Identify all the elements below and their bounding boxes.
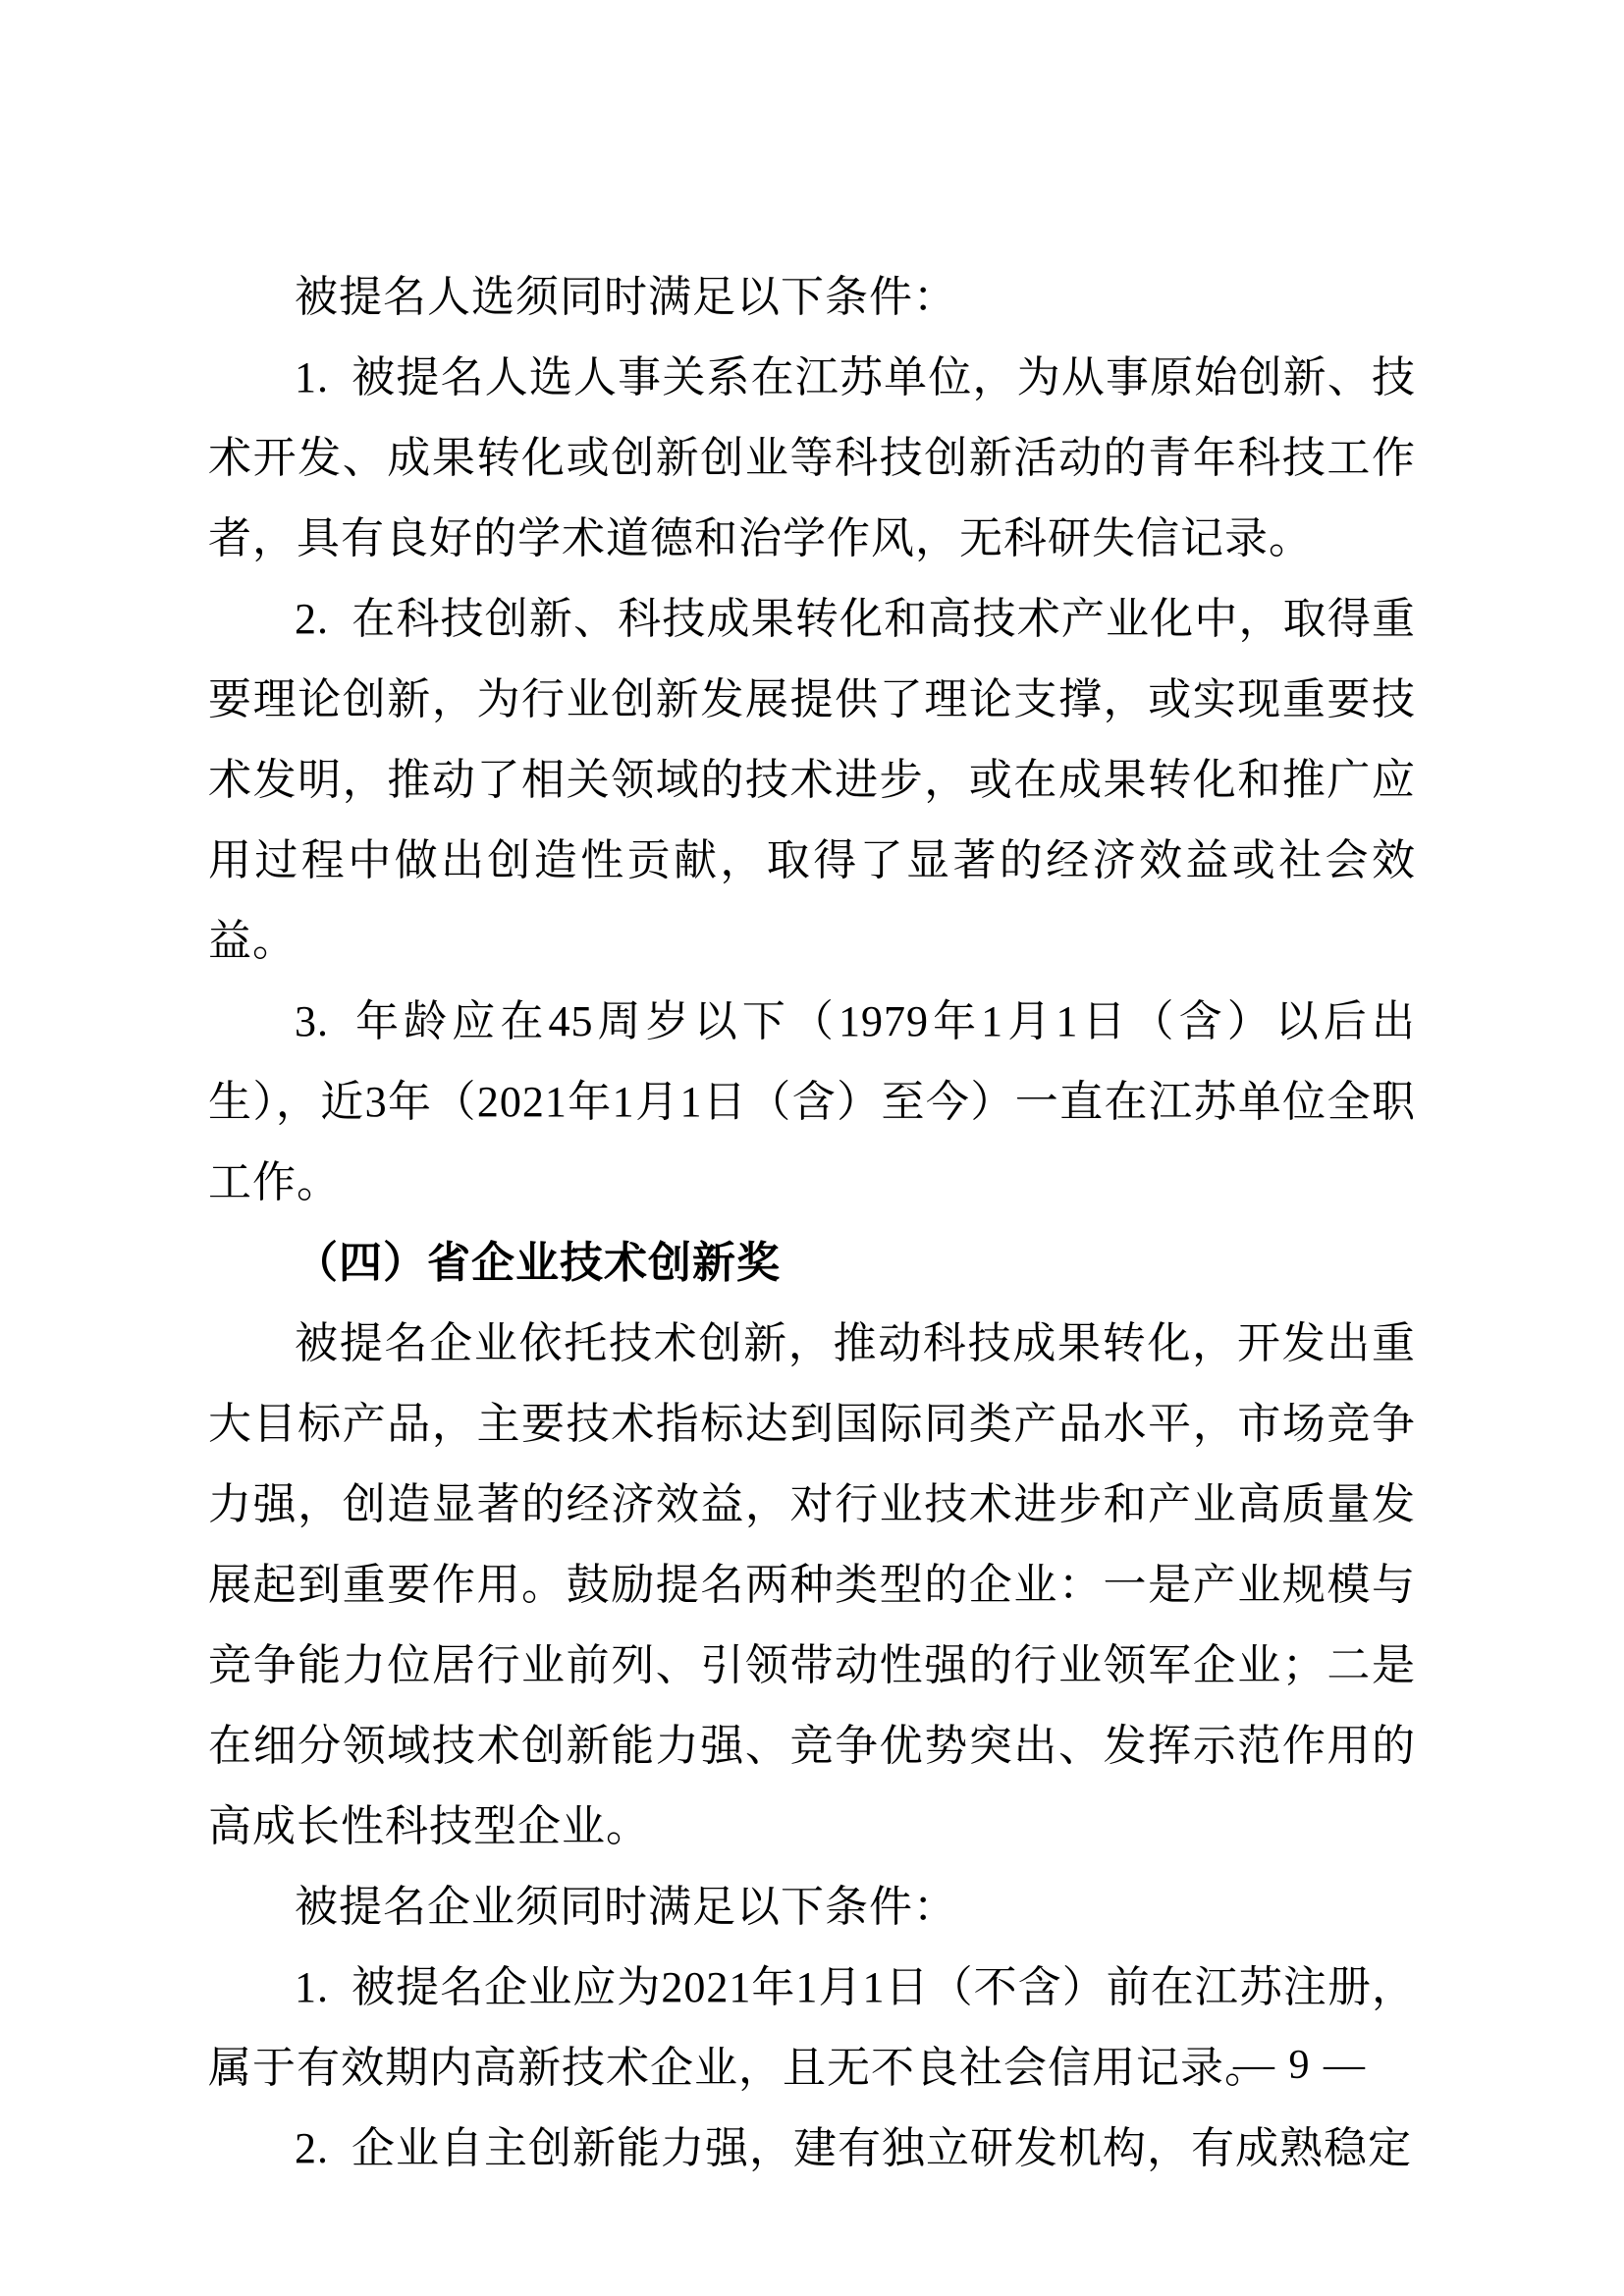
paragraph-person-condition-3: 3. 年龄应在45周岁以下（1979年1月1日（含）以后出生），近3年（2021… — [208, 982, 1416, 1223]
document-body: 被提名人选须同时满足以下条件： 1. 被提名人选人事关系在江苏单位，为从事原始创… — [208, 257, 1416, 2189]
paragraph-person-condition-1: 1. 被提名人选人事关系在江苏单位，为从事原始创新、技术开发、成果转化或创新创业… — [208, 338, 1416, 579]
paragraph-enterprise-conditions-intro: 被提名企业须同时满足以下条件： — [208, 1867, 1416, 1948]
paragraph-person-conditions-intro: 被提名人选须同时满足以下条件： — [208, 257, 1416, 338]
paragraph-enterprise-description: 被提名企业依托技术创新，推动科技成果转化，开发出重大目标产品，主要技术指标达到国… — [208, 1304, 1416, 1867]
section-heading-enterprise-innovation-award: （四）省企业技术创新奖 — [208, 1223, 1416, 1304]
paragraph-enterprise-condition-2: 2. 企业自主创新能力强，建有独立研发机构，有成熟稳定 — [208, 2109, 1416, 2189]
paragraph-person-condition-2: 2. 在科技创新、科技成果转化和高技术产业化中，取得重要理论创新，为行业创新发展… — [208, 579, 1416, 982]
document-page: 被提名人选须同时满足以下条件： 1. 被提名人选人事关系在江苏单位，为从事原始创… — [0, 0, 1624, 2296]
page-number: — 9 — — [1233, 2044, 1367, 2087]
